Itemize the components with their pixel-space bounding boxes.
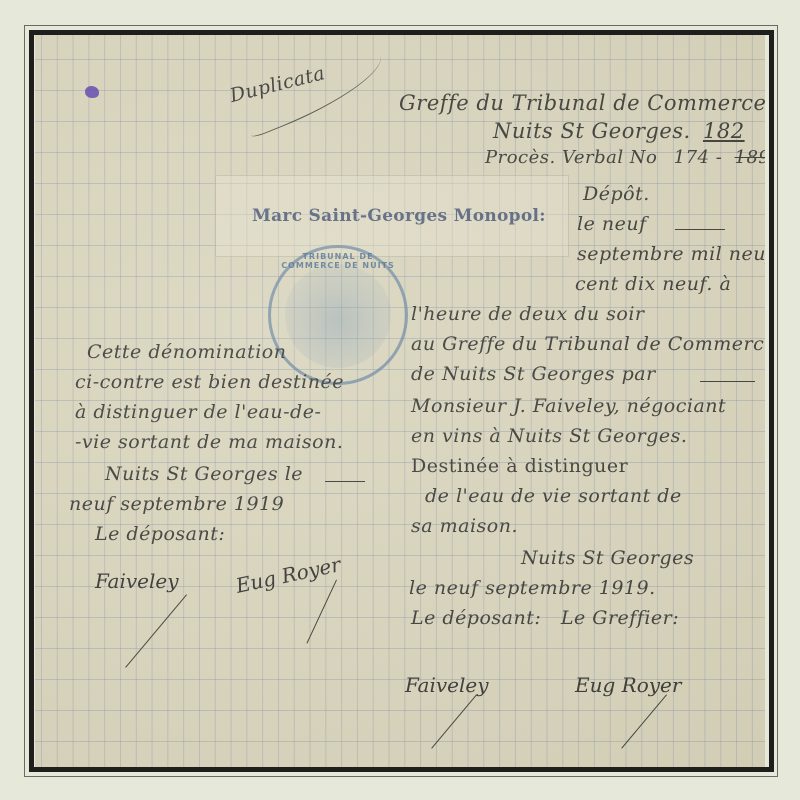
signature-tail — [306, 579, 337, 643]
left-line-6: neuf septembre 1919 — [69, 493, 284, 515]
right-line-sa-maison: sa maison. — [411, 515, 518, 537]
graph-paper-document: Duplicata Greffe du Tribunal de Commerce… — [35, 35, 765, 767]
right-line-greffe: au Greffe du Tribunal de Commerce — [411, 333, 765, 355]
struck-number: 189 — [735, 147, 765, 168]
signature-tail — [124, 594, 187, 668]
left-line-1: Cette dénomination — [87, 341, 286, 363]
trademark-name: Marc Saint-Georges Monopol: — [252, 206, 546, 226]
signature-tail — [620, 694, 667, 749]
left-line-3: à distinguer de l'eau-de- — [75, 401, 321, 423]
right-line-cent-dix-neuf: cent dix neuf. à — [575, 273, 731, 295]
signature-tail — [430, 694, 477, 749]
trademark-label-slip: Marc Saint-Georges Monopol: — [215, 175, 569, 257]
right-line-depot: Dépôt. — [583, 183, 650, 205]
seal-emblem — [285, 262, 391, 368]
header-place: Nuits St Georges. — [493, 119, 691, 143]
right-line-monsieur: Monsieur J. Faiveley, négociant — [411, 395, 726, 417]
header-registry-title: Greffe du Tribunal de Commerce de — [399, 91, 765, 115]
left-line-2: ci-contre est bien destinée — [75, 371, 344, 393]
right-line-date: le neuf septembre 1919. — [409, 577, 656, 599]
header-record-number: 182 — [703, 119, 745, 143]
proces-verbal-prefix: Procès. Verbal No — [485, 147, 657, 168]
signature-faiveley-left: Faiveley — [95, 569, 179, 593]
filler-dash — [325, 481, 365, 482]
right-line-nuits-par: de Nuits St Georges par — [411, 363, 656, 385]
right-line-place: Nuits St Georges — [521, 547, 694, 569]
left-line-5: Nuits St Georges le — [105, 463, 303, 485]
right-line-septembre: septembre mil neuf — [577, 243, 765, 265]
proces-verbal-line: Procès. Verbal No 174 - 189190 — [485, 147, 765, 168]
left-line-4: -vie sortant de ma maison. — [75, 431, 343, 453]
right-line-heure: l'heure de deux du soir — [411, 303, 645, 325]
right-line-destinee: Destinée à distinguer — [411, 455, 628, 477]
right-line-signatories: Le déposant: Le Greffier: — [411, 607, 679, 629]
tribunal-seal-stamp: TRIBUNAL DE COMMERCE DE NUITS — [268, 245, 408, 385]
signature-royer-left: Eug Royer — [234, 552, 343, 598]
filler-dash — [675, 229, 725, 230]
right-line-eau-de-vie: de l'eau de vie sortant de — [425, 485, 682, 507]
purple-ink-mark — [85, 86, 99, 98]
right-line-en-vins: en vins à Nuits St Georges. — [411, 425, 687, 447]
proces-verbal-number: 174 - — [674, 147, 723, 168]
left-line-7: Le déposant: — [95, 523, 225, 545]
filler-dash — [700, 381, 755, 382]
right-line-le-neuf: le neuf — [577, 213, 647, 235]
